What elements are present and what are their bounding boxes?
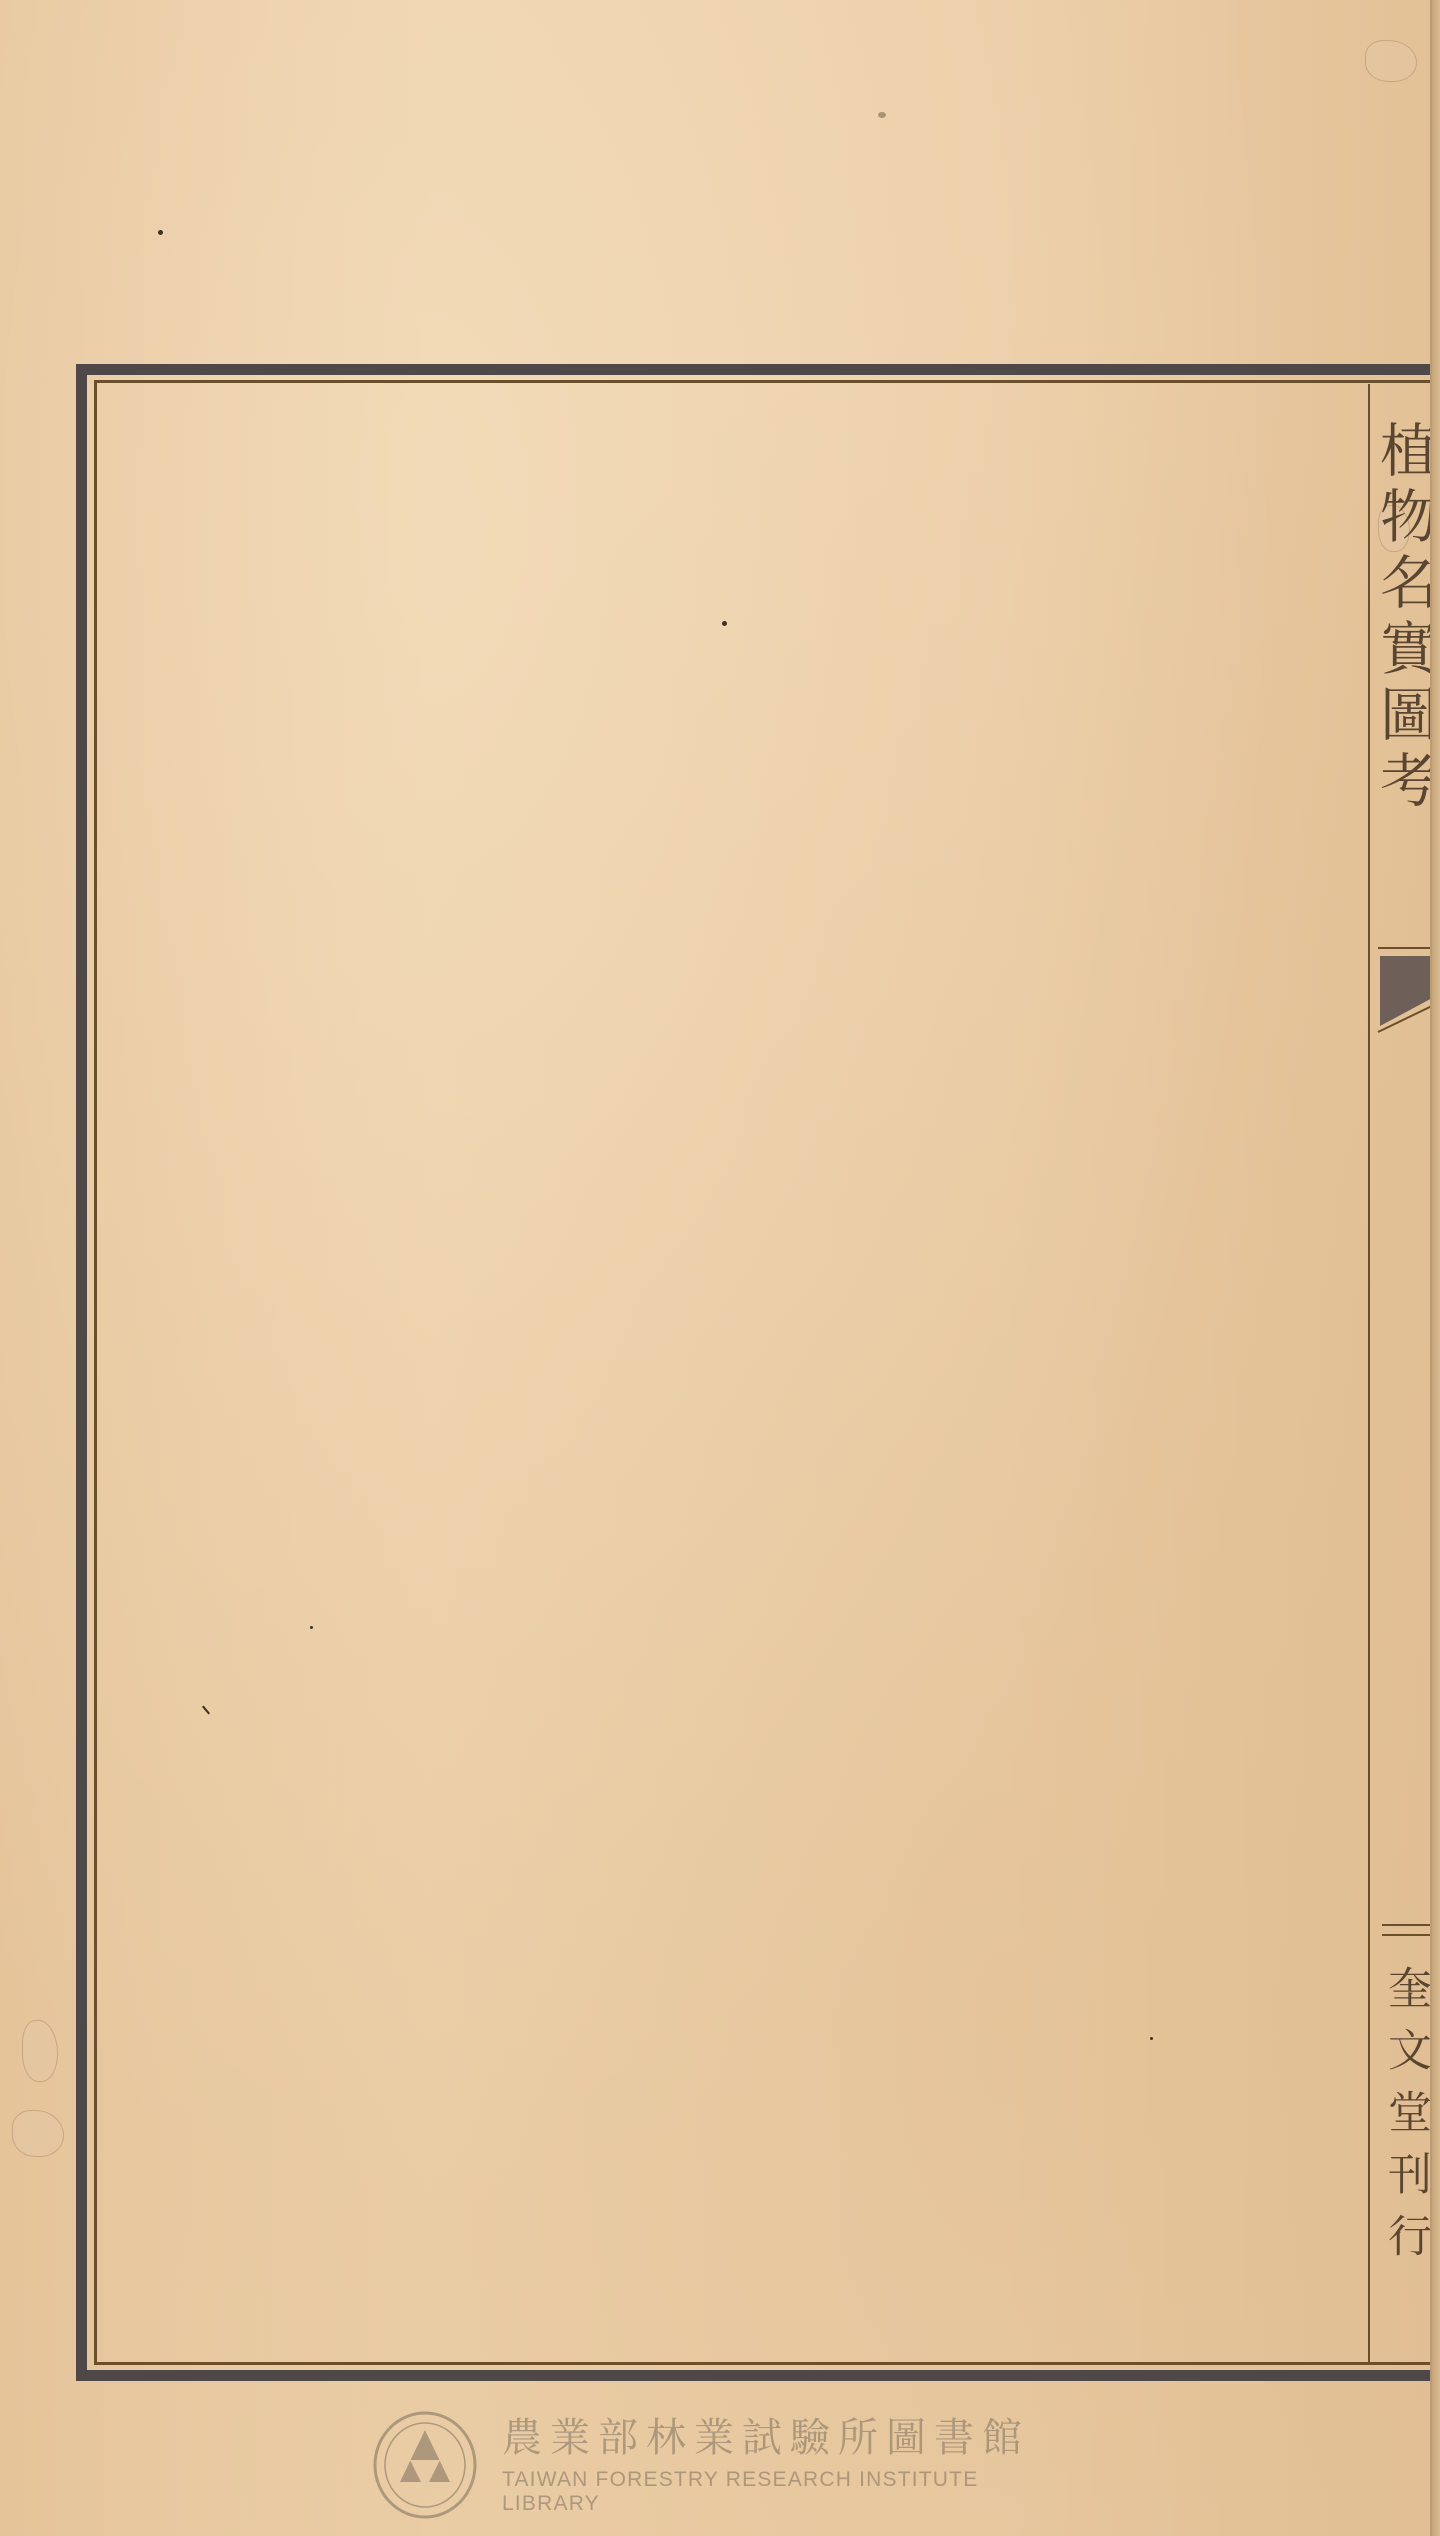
spine-book-title: 植物名實圖考 (1374, 420, 1434, 940)
paper-stain (12, 2110, 64, 2157)
library-seal-icon: 1896 (370, 2410, 480, 2520)
spine-divider-line (1368, 384, 1370, 2364)
library-watermark: 1896 農業部林業試驗所圖書館 TAIWAN FORESTRY RESEARC… (370, 2410, 1070, 2520)
page-border-inner (94, 380, 1440, 2365)
publisher-imprint: 奎文堂刊行 (1380, 1965, 1430, 2275)
page-edge (1430, 0, 1440, 2536)
library-name-chinese: 農業部林業試驗所圖書館 (502, 2414, 1070, 2462)
svg-text:1896: 1896 (415, 2490, 435, 2500)
publisher-divider (1382, 1924, 1436, 1936)
library-name-english: TAIWAN FORESTRY RESEARCH INSTITUTE LIBRA… (502, 2468, 1070, 2516)
paper-speck (878, 112, 886, 118)
fishtail-mark-icon (1374, 944, 1436, 1034)
library-text: 農業部林業試驗所圖書館 TAIWAN FORESTRY RESEARCH INS… (502, 2414, 1070, 2516)
paper-stain (1365, 40, 1417, 82)
paper-speck (158, 230, 163, 235)
